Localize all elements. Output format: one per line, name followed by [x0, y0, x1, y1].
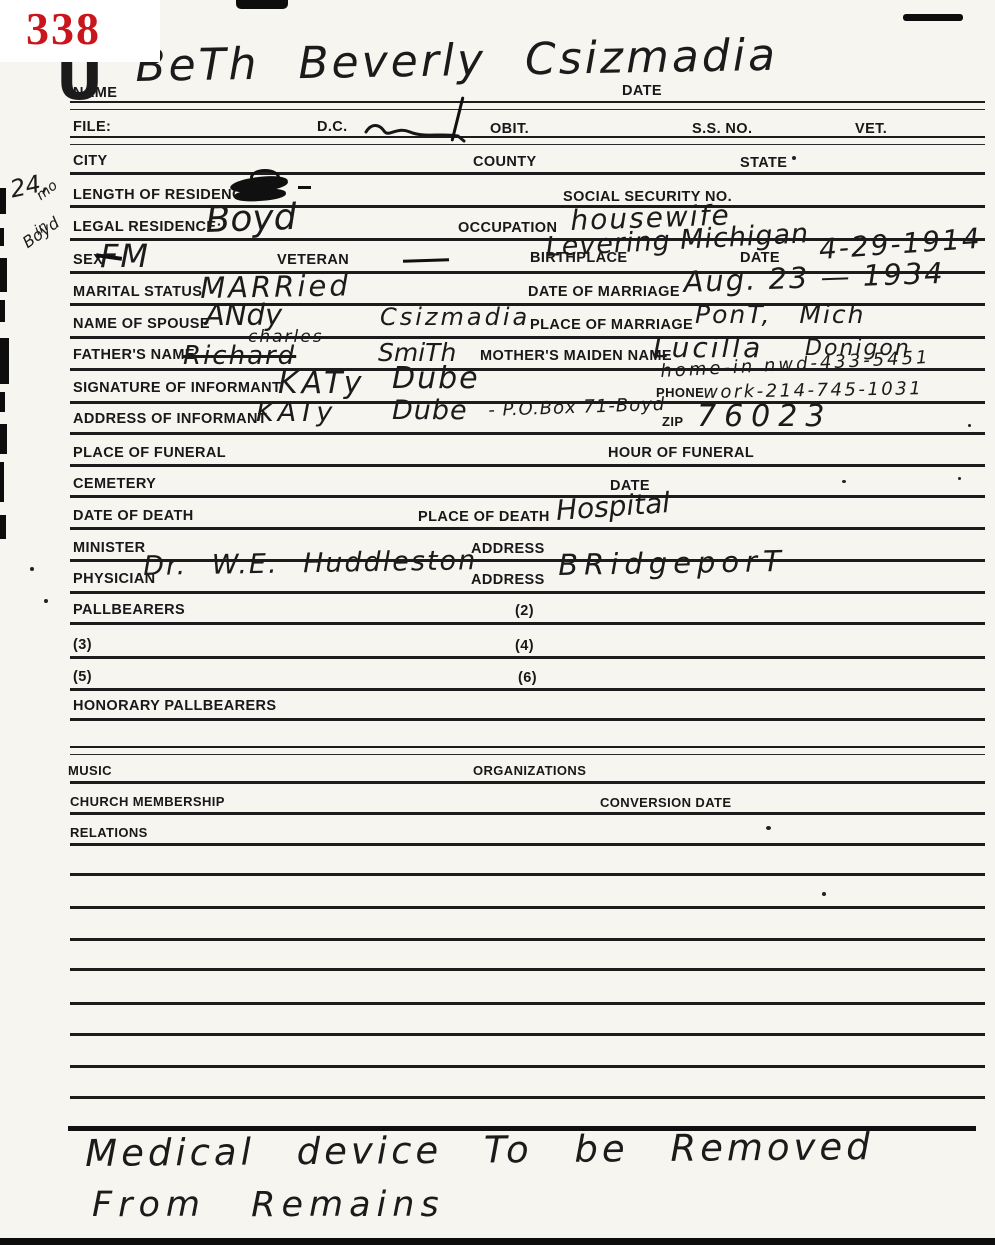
pallbearer-2-label: (2) [515, 604, 534, 619]
informant-signature-entry: KATy [278, 369, 365, 399]
speck [822, 892, 826, 896]
bottom-note-line1: Medical device To be Removed [85, 1128, 874, 1172]
scan-edge-mark [0, 300, 5, 322]
bottom-note-line2: From Remains [92, 1188, 445, 1223]
physician-address-entry: BRidgeporT [558, 547, 787, 580]
date-of-marriage-entry: Aug. 23 — 1934 [683, 259, 945, 297]
fathers-name-label: FATHER'S NAME [73, 348, 195, 363]
music-label: MUSIC [68, 764, 112, 777]
place-of-marriage-entry: PonT, Mich [695, 302, 866, 327]
dc-label: D.C. [317, 120, 348, 135]
rule-line [70, 812, 985, 815]
speck [842, 480, 846, 483]
informant-address-entry: - P.O.Box 71-Boyd [488, 396, 666, 420]
honorary-pallbearers-label: HONORARY PALLBEARERS [73, 699, 277, 714]
scan-mark-top [236, 0, 288, 9]
scan-mark-top-right [903, 14, 963, 21]
city-label: CITY [73, 154, 108, 169]
zip-label: ZIP [662, 415, 683, 428]
pallbearer-5-label: (5) [73, 670, 92, 685]
scan-edge-mark [0, 515, 6, 539]
speck [44, 599, 48, 603]
rule-line [70, 172, 985, 175]
rule-line [70, 1096, 985, 1099]
informant-address-entry: Dube [392, 397, 468, 424]
veteran-label: VETERAN [277, 253, 349, 268]
scan-edge-mark [0, 424, 7, 454]
date-of-death-label: DATE OF DEATH [73, 509, 194, 524]
rule-line [70, 1002, 985, 1005]
veteran-dash-mark [403, 258, 449, 263]
length-of-residence-scribble [250, 169, 280, 186]
rule-line [70, 746, 985, 755]
marital-status-label: MARITAL STATUS [73, 285, 202, 300]
county-label: COUNTY [473, 155, 537, 170]
cemetery-label: CEMETERY [73, 477, 156, 492]
rule-line [70, 464, 985, 467]
rule-line [70, 718, 985, 721]
spouse-first-entry: ANdy [205, 301, 282, 330]
scan-edge-mark [0, 338, 9, 384]
rule-line [70, 656, 985, 659]
rule-line [70, 495, 985, 498]
rule-line [70, 906, 985, 909]
scan-edge-mark [0, 228, 4, 246]
address-of-informant-label: ADDRESS OF INFORMANT [73, 412, 267, 427]
rule-line [70, 938, 985, 941]
physician-entry: Dr. W.E. Huddleston [143, 547, 477, 580]
place-of-death-entry: Hospital [555, 489, 671, 525]
scan-edge-mark [0, 188, 6, 214]
name-entry: BeTh Beverly Csizmadia [135, 34, 778, 89]
ssn-label: S.S. NO. [692, 122, 752, 137]
spouse-last-entry: Csizmadia [380, 305, 530, 329]
zip-entry: 76023 [697, 402, 832, 432]
rule-line [70, 136, 985, 145]
speck [792, 156, 796, 160]
state-label: STATE [740, 156, 787, 171]
hour-of-funeral-label: HOUR OF FUNERAL [608, 446, 754, 461]
scan-edge-mark [0, 462, 4, 502]
pallbearer-3-label: (3) [73, 638, 92, 653]
speck [958, 477, 961, 480]
speck [968, 424, 971, 427]
rule-line [70, 968, 985, 971]
signature-of-informant-label: SIGNATURE OF INFORMANT [73, 381, 281, 396]
organizations-label: ORGANIZATIONS [473, 764, 586, 777]
rule-line [70, 843, 985, 846]
informant-signature-entry: Dube [392, 364, 480, 394]
occupation-label: OCCUPATION [458, 221, 557, 236]
rule-line [70, 432, 985, 435]
rule-line [70, 1033, 985, 1036]
rule-line [70, 688, 985, 691]
date-of-marriage-label: DATE OF MARRIAGE [528, 285, 680, 300]
legal-residence-label: LEGAL RESIDENCE: [73, 220, 222, 235]
vet-label: VET. [855, 122, 887, 137]
minister-address-label: ADDRESS [471, 542, 545, 557]
rule-line [70, 781, 985, 784]
speck [766, 826, 771, 830]
physician-address-label: ADDRESS [471, 573, 545, 588]
pallbearer-6-label: (6) [518, 671, 537, 686]
scan-edge-bottom [0, 1238, 995, 1245]
rule-line [70, 1065, 985, 1068]
rule-line [70, 527, 985, 530]
informant-address-entry: KATy [256, 399, 336, 426]
mothers-maiden-name-label: MOTHER'S MAIDEN NAME [480, 349, 672, 364]
rule-line [70, 101, 985, 110]
rule-line [70, 622, 985, 625]
pallbearer-4-label: (4) [515, 639, 534, 654]
place-of-funeral-label: PLACE OF FUNERAL [73, 446, 226, 461]
minister-label: MINISTER [73, 541, 145, 556]
legal-residence-entry: Boyd [205, 200, 297, 239]
name-of-spouse-label: NAME OF SPOUSE [73, 317, 210, 332]
scan-edge-mark [0, 258, 7, 292]
rule-line [70, 873, 985, 876]
margin-note: Boyd [20, 215, 62, 251]
relations-label: RELATIONS [70, 826, 148, 839]
place-of-death-label: PLACE OF DEATH [418, 510, 550, 525]
obit-label: OBIT. [490, 122, 529, 137]
length-dash-mark [298, 186, 311, 189]
page-number: 338 [26, 2, 101, 55]
death-record-form: 338 NAME DATE FILE: D.C. [0, 0, 995, 1245]
church-membership-label: CHURCH MEMBERSHIP [70, 795, 225, 808]
pallbearers-label: PALLBEARERS [73, 603, 185, 618]
file-label: FILE: [73, 120, 111, 135]
scan-edge-mark [0, 392, 5, 412]
conversion-date-label: CONVERSION DATE [600, 796, 731, 809]
speck [30, 567, 34, 571]
rule-line [70, 591, 985, 594]
date-top-label: DATE [622, 84, 662, 99]
